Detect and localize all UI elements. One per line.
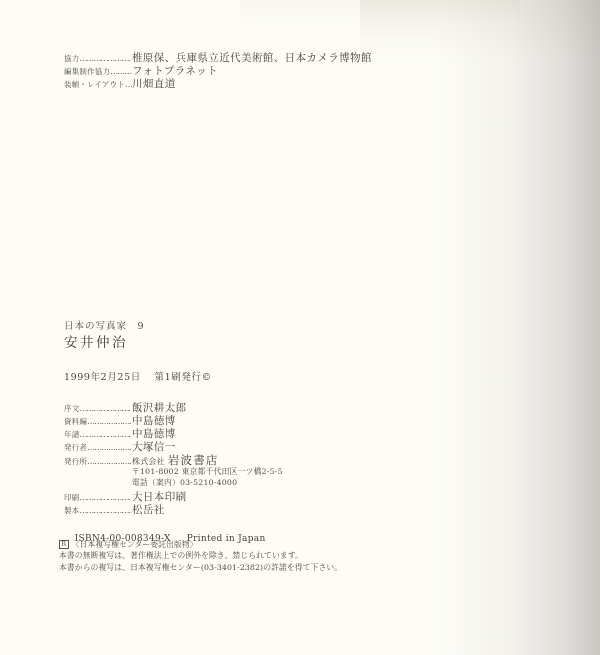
credit-value: 大日本印刷 [132,491,187,504]
copyright-notice-block: R〈日本複写権センター委託出版物〉 本書の無断複写は、著作権法上での例外を除き、… [59,539,342,573]
series-title: 日本の写真家 9 [64,320,145,333]
scan-shadow-right [435,0,600,655]
credit-label: 協力 [64,52,79,65]
credit-label: 発行所 [64,455,87,468]
publisher-name: 岩波書店 [168,453,219,467]
credit-label-cell: 序文 …………………………………… [64,402,132,415]
credit-row-chronology: 年譜 …………………………………… 中島徳博 [64,428,544,441]
book-colophon-page: 協力 …………………………………… 椎原保、兵庫県立近代美術館、日本カメラ博物館… [0,0,600,655]
copyright-notice-line: 本書の無断複写は、著作権法上での例外を除き、禁じられています。 [59,550,342,561]
book-title: 安井仲治 [64,334,145,352]
credit-row-cooperation: 協力 …………………………………… 椎原保、兵庫県立近代美術館、日本カメラ博物館 [64,52,564,65]
title-block: 日本の写真家 9 安井仲治 [64,320,145,352]
credit-label-cell: 製本 …………………………………… [64,504,132,517]
jrrc-line: R〈日本複写権センター委託出版物〉 [59,539,342,550]
credit-label-cell: 年譜 …………………………………… [64,428,132,441]
credit-row-binding: 製本 …………………………………… 松岳社 [64,504,544,517]
credit-label-cell: 資料編 …………………………………… [64,415,132,428]
edition-date-line: 1999年2月25日 第1刷発行© [64,369,212,383]
credit-label: 編集制作協力 [64,65,110,78]
credit-row-editorial-cooperation: 編集制作協力 …………………………………… フォトプラネット [64,65,564,78]
publisher-phone: 電話（案内）03-5210-4000 [132,478,544,489]
dot-leader: …………………………………… [87,415,132,428]
credit-row-printing: 印刷 …………………………………… 大日本印刷 [64,491,544,504]
copyright-notice-line: 本書からの複写は、日本複写権センター(03-3401-2382)の許諾を得て下さ… [59,562,342,573]
credit-label-cell: 印刷 …………………………………… [64,491,132,504]
credit-value: 川畑直道 [132,78,176,91]
jrrc-entrusted-text: 〈日本複写権センター委託出版物〉 [72,540,198,549]
publisher-value: 株式会社岩波書店 [132,454,219,468]
credit-row-preface: 序文 …………………………………… 飯沢耕太郎 [64,402,544,415]
dot-leader: …………………………………… [110,65,132,78]
dot-leader: …………………………………… [87,441,132,454]
credit-label: 序文 [64,402,79,415]
credit-label-cell: 発行者 …………………………………… [64,441,132,454]
dot-leader: …………………………………… [87,455,132,468]
publisher-corporate-prefix: 株式会社 [132,457,165,466]
credit-row-issuer: 発行者 …………………………………… 大塚信一 [64,441,544,454]
credit-label-cell: 装幀・レイアウト …………………………………… [64,78,132,91]
dot-leader: …………………………………… [125,78,132,91]
credit-label: 資料編 [64,415,87,428]
credit-label: 年譜 [64,428,79,441]
credit-value: 中島徳博 [132,415,176,428]
credit-row-design-layout: 装幀・レイアウト …………………………………… 川畑直道 [64,78,564,91]
dot-leader: …………………………………… [79,491,132,504]
credit-value: 松岳社 [132,504,165,517]
credit-value: 椎原保、兵庫県立近代美術館、日本カメラ博物館 [132,52,372,65]
credit-value: 中島徳博 [132,428,176,441]
credit-label: 発行者 [64,441,87,454]
credit-row-materials: 資料編 …………………………………… 中島徳博 [64,415,544,428]
credit-label-cell: 協力 …………………………………… [64,52,132,65]
scan-shadow-top [240,0,520,26]
credit-label-cell: 発行所 …………………………………… [64,455,132,468]
dot-leader: …………………………………… [79,428,132,441]
credit-label: 印刷 [64,491,79,504]
registered-r-mark: R [59,540,69,549]
credit-label-cell: 編集制作協力 …………………………………… [64,65,132,78]
dot-leader: …………………………………… [79,504,132,517]
top-credits-block: 協力 …………………………………… 椎原保、兵庫県立近代美術館、日本カメラ博物館… [64,52,564,91]
main-credits-block: 序文 …………………………………… 飯沢耕太郎 資料編 ………………………………… [64,402,544,517]
dot-leader: …………………………………… [79,402,132,415]
scan-shadow-top-right [360,0,600,60]
credit-label: 装幀・レイアウト [64,78,125,91]
publisher-postal-address: 〒101-8002 東京都千代田区一ツ橋2-5-5 [132,467,544,478]
credit-row-publisher: 発行所 …………………………………… 株式会社岩波書店 [64,454,544,467]
credit-value: 飯沢耕太郎 [132,402,187,415]
dot-leader: …………………………………… [79,52,132,65]
publisher-address-block: 〒101-8002 東京都千代田区一ツ橋2-5-5 電話（案内）03-5210-… [132,467,544,488]
credit-label: 製本 [64,504,79,517]
credit-value: フォトプラネット [132,65,218,78]
